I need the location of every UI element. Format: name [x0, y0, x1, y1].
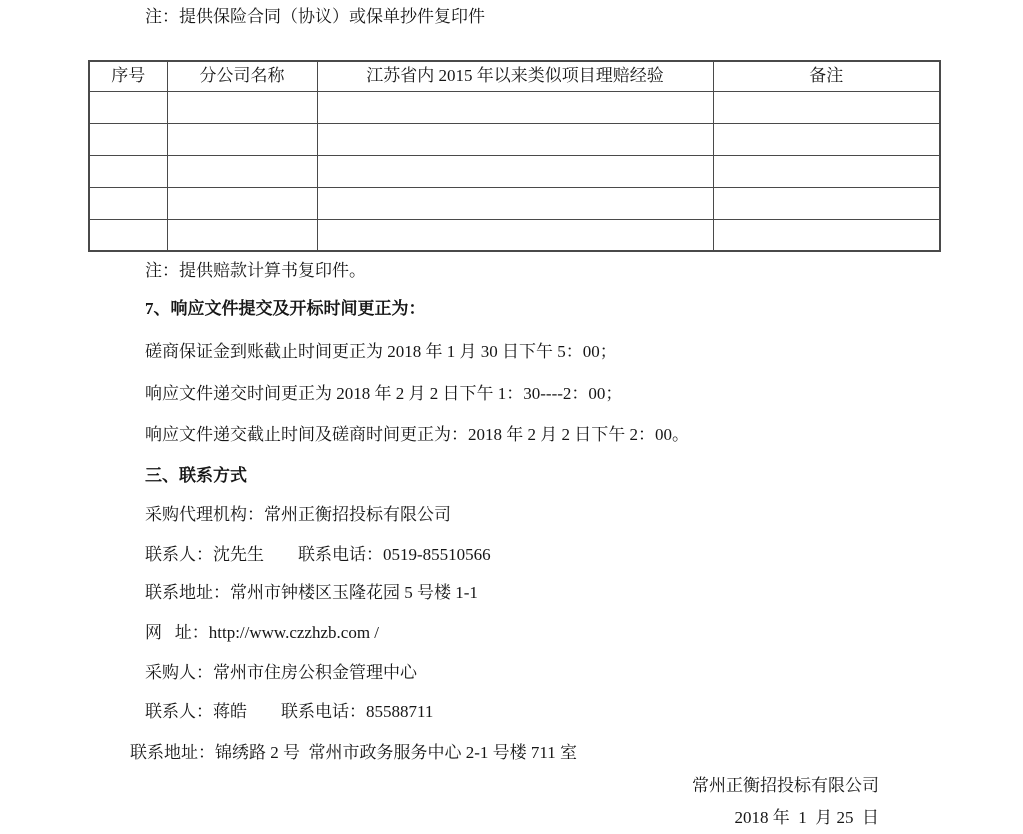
purchaser-address-line: 联系地址：锦绣路 2 号 常州市政务服务中心 2-1 号楼 711 室: [130, 743, 577, 763]
table-cell: [317, 219, 713, 251]
table-row: [89, 91, 940, 123]
table-cell: [89, 219, 167, 251]
table-cell: [713, 187, 940, 219]
table-header-seq: 序号: [89, 61, 167, 91]
table-cell: [89, 187, 167, 219]
table-cell: [89, 91, 167, 123]
note-insurance-copy: 注：提供保险合同（协议）或保单抄件复印件: [145, 7, 485, 27]
table-header-row: 序号 分公司名称 江苏省内 2015 年以来类似项目理赔经验 备注: [89, 61, 940, 91]
table-cell: [317, 155, 713, 187]
signature-block: 常州正衡招投标有限公司 2018 年 1 月 25 日: [692, 776, 879, 827]
table-cell: [167, 187, 317, 219]
table-cell: [167, 123, 317, 155]
table-cell: [713, 91, 940, 123]
table-cell: [89, 155, 167, 187]
signature-company: 常州正衡招投标有限公司: [692, 776, 879, 796]
procurement-agency-line: 采购代理机构：常州正衡招投标有限公司: [145, 505, 451, 525]
section7-heading: 7、响应文件提交及开标时间更正为：: [145, 299, 426, 319]
website-line: 网 址：http://www.czzhzb.com /: [145, 623, 379, 643]
agency-contact-person-line: 联系人：沈先生 联系电话：0519-85510566: [145, 545, 491, 565]
table-row: [89, 219, 940, 251]
table-cell: [167, 155, 317, 187]
note-claims-calculation-copy: 注：提供赔款计算书复印件。: [145, 261, 366, 281]
table-header-claims-experience: 江苏省内 2015 年以来类似项目理赔经验: [317, 61, 713, 91]
table-cell: [317, 187, 713, 219]
agency-address-line: 联系地址：常州市钟楼区玉隆花园 5 号楼 1-1: [145, 583, 478, 603]
purchaser-contact-person-line: 联系人：蒋皓 联系电话：85588711: [145, 702, 433, 722]
table-cell: [713, 155, 940, 187]
contact-section-heading: 三、联系方式: [145, 466, 247, 486]
submission-time-line: 响应文件递交时间更正为 2018 年 2 月 2 日下午 1：30----2：0…: [145, 384, 622, 404]
signature-date: 2018 年 1 月 25 日: [735, 808, 880, 828]
table-row: [89, 155, 940, 187]
table-row: [89, 123, 940, 155]
deposit-deadline-line: 磋商保证金到账截止时间更正为 2018 年 1 月 30 日下午 5：00；: [145, 342, 617, 362]
table-cell: [89, 123, 167, 155]
table-cell: [317, 123, 713, 155]
table-cell: [713, 123, 940, 155]
table-header-remarks: 备注: [713, 61, 940, 91]
purchaser-line: 采购人：常州市住房公积金管理中心: [145, 663, 417, 683]
table-cell: [713, 219, 940, 251]
table-cell: [167, 91, 317, 123]
table-cell: [167, 219, 317, 251]
claims-experience-table: 序号 分公司名称 江苏省内 2015 年以来类似项目理赔经验 备注: [88, 60, 941, 252]
table-header-branch-name: 分公司名称: [167, 61, 317, 91]
table-cell: [317, 91, 713, 123]
table-row: [89, 187, 940, 219]
submission-deadline-line: 响应文件递交截止时间及磋商时间更正为：2018 年 2 月 2 日下午 2：00…: [145, 425, 689, 445]
